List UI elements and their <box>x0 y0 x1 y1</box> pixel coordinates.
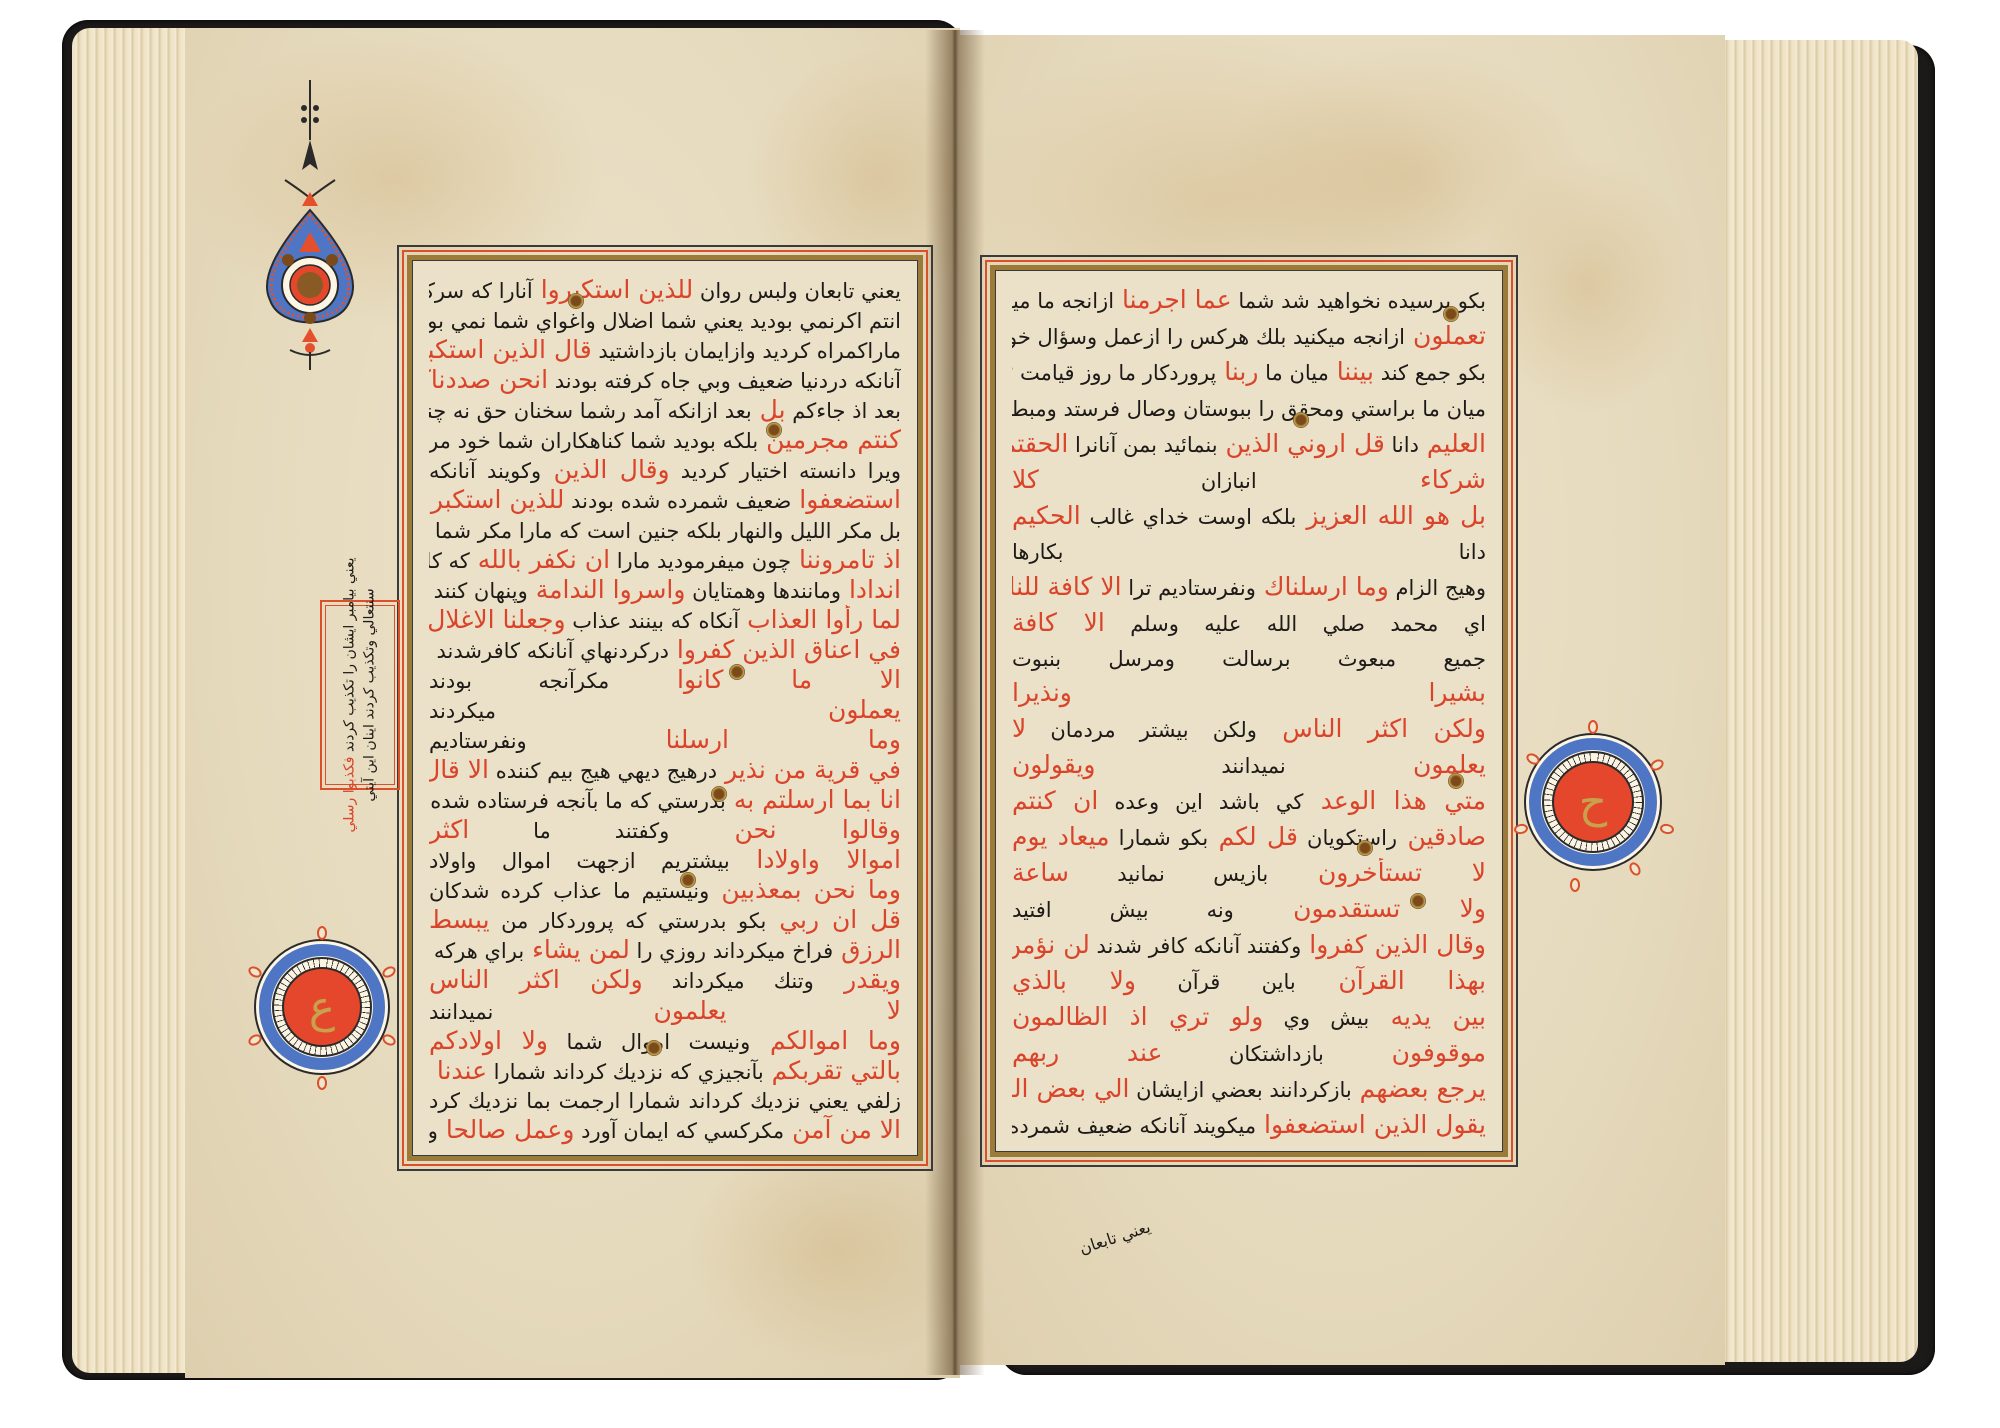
text-line: بشيرا ونذيرا <box>1012 678 1486 709</box>
text-line: استضعفوا ضعيف شمرده شده بودند للذين استك… <box>429 485 901 515</box>
text-line: صادقين راستكويان قل لكم بكو شمارا ميعاد … <box>1012 822 1486 853</box>
left-verse-medallion: ع <box>254 939 390 1075</box>
text-line: في قرية من نذير درهيج ديهي هيج بيم كننده… <box>429 755 901 785</box>
text-line: ماراكمراه كرديد وازايمان بازداشتيد قال ا… <box>429 335 901 365</box>
text-line: بكو جمع كند بيننا ميان ما ربنا پروردكار … <box>1012 357 1486 388</box>
text-line: بهذا القرآن باين قرآن ولا بالذي <box>1012 966 1486 997</box>
text-line: ويقدر وتنك ميكرداند ولكن اكثر الناس <box>429 965 901 995</box>
verse-marker-icon <box>766 422 782 438</box>
text-line: متي هذا الوعد كي باشد اين وعده ان كنتم <box>1012 786 1486 817</box>
right-text-lines: بكو برسيده نخواهيد شد شما عما اجرمنا ازا… <box>995 270 1503 1152</box>
text-line: بكو برسيده نخواهيد شد شما عما اجرمنا ازا… <box>1012 285 1486 316</box>
text-line: في اعناق الذين كفروا دركردنهاي آنانكه كا… <box>429 635 901 665</box>
text-line: آنانكه دردنيا ضعيف وبي جاه كرفته بودند ا… <box>429 365 901 395</box>
text-line: وهيج الزام وما ارسلناك ونفرستاديم ترا ال… <box>1012 572 1486 603</box>
teardrop-ornament-icon <box>255 80 365 370</box>
margin-note: يعني بيامبر ايشان را تكذيب كردند فكذبوا … <box>320 600 400 790</box>
verse-marker-icon <box>1448 773 1464 789</box>
text-line: اي محمد صلي الله عليه وسلم الا كافة <box>1012 608 1486 639</box>
text-line: جميع مبعوث برسالت ومرسل بنبوت <box>1012 644 1486 674</box>
medallion-glyph: ع <box>282 967 362 1047</box>
verse-marker-icon <box>711 786 727 802</box>
medallion-glyph: ح <box>1552 761 1634 843</box>
text-line: العليم دانا قل اروني الذين بنمائيد بمن آ… <box>1012 429 1486 460</box>
text-line: يعني تابعان ولبس روان للذين استكبروا آنا… <box>429 275 901 305</box>
text-line: وما اموالكم ونيست اموال شما ولا اولادكم <box>429 1026 901 1056</box>
right-text-block: بكو برسيده نخواهيد شد شما عما اجرمنا ازا… <box>980 255 1518 1167</box>
text-line: وقالوا نحن وكفتند ما اكثر <box>429 815 901 845</box>
text-line: يرجع بعضهم بازكردانند بعضي ازايشان الي ب… <box>1012 1074 1486 1105</box>
text-line: تعملون ازانجه ميكنيد بلك هركس را ازعمل و… <box>1012 321 1486 352</box>
text-line: وما نحن بمعذبين ونيستيم ما عذاب كرده شدك… <box>429 875 901 905</box>
margin-note-text: يعني بيامبر ايشان را تكذيب كردند <box>342 557 358 752</box>
verse-marker-icon <box>646 1040 662 1056</box>
margin-note-red: فكذبوا رسلي <box>342 757 358 833</box>
text-line: دانا بكارها <box>1012 537 1486 567</box>
text-line: الا ما كانوا مكرآنجه بودند <box>429 665 901 695</box>
verse-marker-icon <box>1357 840 1373 856</box>
text-line: بعد اذ جاءكم بل بعد ازانكه آمد رشما سخنا… <box>429 395 901 425</box>
text-line: اذ تامروننا چون ميفرموديد مارا ان نكفر ب… <box>429 545 901 575</box>
text-line: الا من آمن مكركسي كه ايمان آورد وعمل صال… <box>429 1115 901 1145</box>
margin-note-text2: سنتعالي وتكذيب كردند اينان اين آيتي <box>362 588 378 801</box>
text-line: لما رأوا العذاب آنكاه كه بينند عذاب وجعل… <box>429 605 901 635</box>
text-line: وما ارسلنا ونفرستاديم <box>429 725 901 755</box>
text-line: لا يعلمون نميدانند <box>429 996 901 1026</box>
text-line: موقوفون بازداشتكان عند ربهم <box>1012 1038 1486 1069</box>
text-line: شركاء انبازان كلا <box>1012 465 1486 496</box>
text-line: ولكن اكثر الناس ولكن بيشتر مردمان لا <box>1012 714 1486 745</box>
left-page-edges <box>72 28 190 1373</box>
text-line: كنتم مجرمين بلكه بوديد شما كناهكاران شما… <box>429 425 901 455</box>
text-line: بل مكر الليل والنهار بلكه جنين است كه ما… <box>429 516 901 545</box>
text-line: ويرا دانسته اختيار كرديد وقال الذين وكوي… <box>429 455 901 485</box>
right-page-edges <box>1720 40 1918 1362</box>
text-line: انا بما ارسلتم به بدرستي كه ما بآنجه فرس… <box>429 785 901 815</box>
text-line: ميان ما براستي ومحقق را ببوستان وصال فرس… <box>1012 393 1486 424</box>
right-verse-medallion: ح <box>1524 733 1662 871</box>
text-line: زلفي يعني نزديك كرداند شمارا ارجمت بما ن… <box>429 1086 901 1115</box>
left-text-lines: يعني تابعان ولبس روان للذين استكبروا آنا… <box>412 260 918 1156</box>
text-line: قل ان ربي بكو بدرستي كه پروردكار من يبسط <box>429 905 901 935</box>
text-line: انتم اكرنمي بوديد يعني شما اضلال واغواي … <box>429 305 901 335</box>
text-line: وقال الذين كفروا وكفتند آنانكه كافر شدند… <box>1012 930 1486 961</box>
text-line: بين يديه بيش وي ولو تري اذ الظالمون <box>1012 1002 1486 1033</box>
verse-marker-icon <box>1293 412 1309 428</box>
verse-marker-icon <box>729 664 745 680</box>
verse-marker-icon <box>568 293 584 309</box>
text-line: بل هو الله العزيز بلكه اوست خداي غالب ال… <box>1012 501 1486 532</box>
text-line: بالتي تقربكم بآنجيزي كه نزديك كرداند شما… <box>429 1056 901 1086</box>
text-line: يقول الذين استضعفوا ميكويند آنانكه ضعيف … <box>1012 1110 1486 1141</box>
text-line: يعملون ميكردند <box>429 695 901 725</box>
verse-marker-icon <box>1443 306 1459 322</box>
verse-marker-icon <box>1410 893 1426 909</box>
text-line: لا تستأخرون بازيس نمانيد ساعة <box>1012 858 1486 889</box>
left-text-block: يعني تابعان ولبس روان للذين استكبروا آنا… <box>397 245 933 1171</box>
text-line: الرزق فراخ ميكرداند روزي را لمن يشاء برا… <box>429 935 901 965</box>
text-line: اندادا ومانندها وهمتايان واسروا الندامة … <box>429 575 901 605</box>
gutter <box>925 30 985 1375</box>
verse-marker-icon <box>680 872 696 888</box>
text-line: اموالا واولادا بيشتريم ازجهت اموال واولا… <box>429 845 901 875</box>
text-line: يعلمون نميدانند ويقولون <box>1012 750 1486 781</box>
